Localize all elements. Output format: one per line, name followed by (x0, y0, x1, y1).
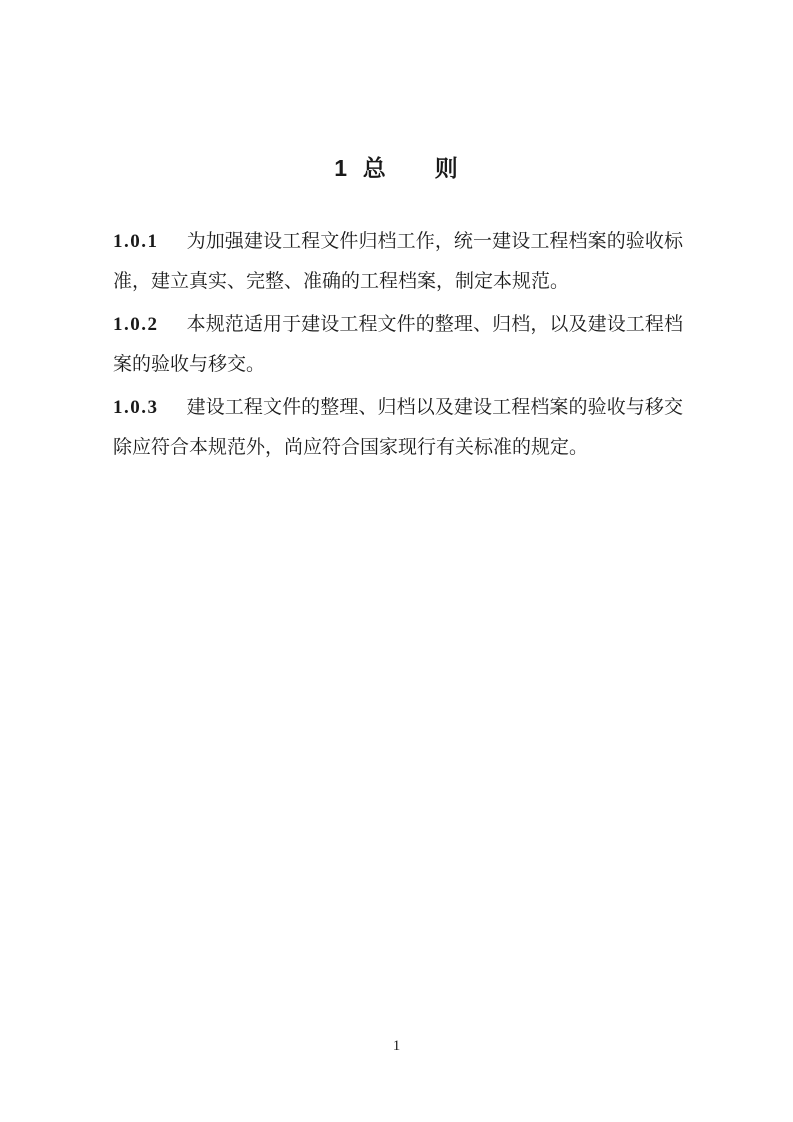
clause-text: 为加强建设工程文件归档工作，统一建设工程档案的验收标准，建立真实、完整、准确的工… (113, 231, 683, 292)
clause-number: 1.0.3 (113, 397, 159, 418)
clause-1-0-3: 1.0.3建设工程文件的整理、归档以及建设工程档案的验收与移交除应符合本规范外，… (113, 388, 683, 468)
document-body: 1.0.1为加强建设工程文件归档工作，统一建设工程档案的验收标准，建立真实、完整… (113, 222, 683, 471)
clause-1-0-2: 1.0.2本规范适用于建设工程文件的整理、归档，以及建设工程档案的验收与移交。 (113, 305, 683, 385)
clause-number: 1.0.1 (113, 231, 159, 252)
page-number: 1 (0, 1038, 793, 1055)
clause-number: 1.0.2 (113, 314, 159, 335)
document-page: 1 总 则 1.0.1为加强建设工程文件归档工作，统一建设工程档案的验收标准，建… (0, 0, 793, 1122)
clause-text: 建设工程文件的整理、归档以及建设工程档案的验收与移交除应符合本规范外，尚应符合国… (113, 397, 683, 458)
clause-1-0-1: 1.0.1为加强建设工程文件归档工作，统一建设工程档案的验收标准，建立真实、完整… (113, 222, 683, 302)
chapter-title: 1 总 则 (0, 150, 793, 183)
clause-text: 本规范适用于建设工程文件的整理、归档，以及建设工程档案的验收与移交。 (113, 314, 683, 375)
